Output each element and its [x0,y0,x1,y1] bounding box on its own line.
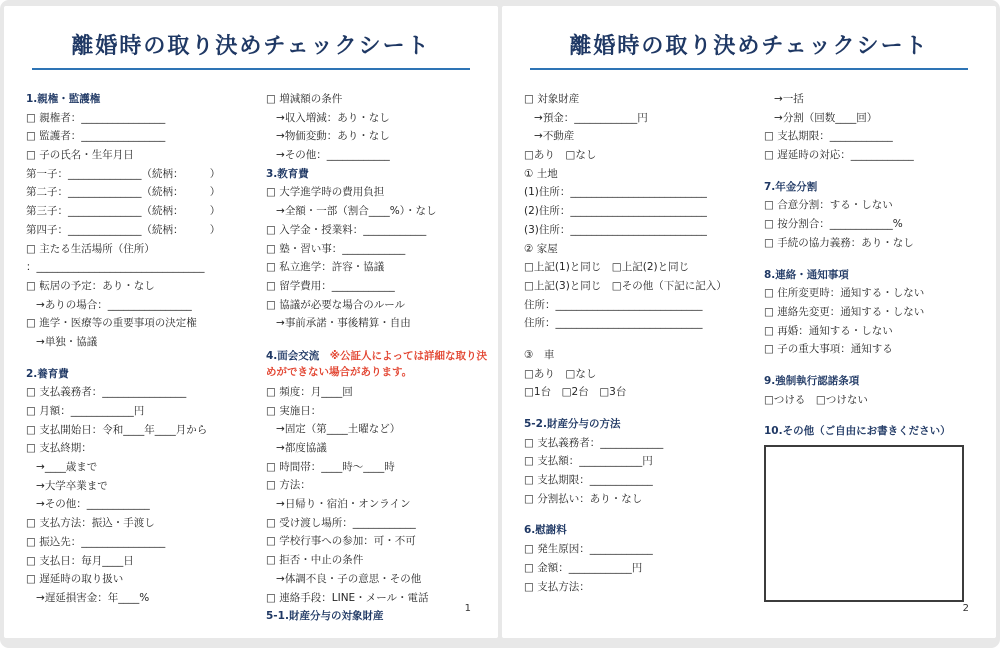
checklist-item: □ 子の重大事項：通知する [764,340,992,359]
sub-option: →固定（第____土曜など） [266,420,494,439]
checklist-item: 第三子：______________（続柄： ） [26,202,266,221]
free-text-box [764,445,964,602]
section-heading: 8.連絡・通知事項 [764,266,992,285]
checkbox-icon: □ [764,306,774,318]
spacer [764,253,992,266]
sub-option: →全額・一部（割合____%）・なし [266,202,494,221]
page-number-1: 1 [465,603,471,614]
sub-option: →遅延損害金：年____% [26,589,266,608]
checkbox-icon: □ [26,280,36,292]
sub-option: →体調不良・子の意思・その他 [266,570,494,589]
arrow-icon: → [774,112,783,124]
checklist-item: □ 連絡手段：LINE・メール・電話 [266,589,494,608]
checkbox-icon: □ [524,493,534,505]
arrow-icon: → [276,149,285,161]
checkbox-icon: □ [26,555,36,567]
checklist-item: □ 分割払い：あり・なし [524,490,764,509]
checkbox-icon: □ [764,199,774,211]
checkbox-icon: □ [266,243,276,255]
checklist-item: □ 支払方法： [524,578,764,597]
checklist-item: □ 支払義務者：________________ [26,383,266,402]
checklist-item: □ 金額：____________円 [524,559,764,578]
checklist-item: □上記(1)と同じ □上記(2)と同じ [524,258,764,277]
checklist-item: □ 監護者：________________ [26,127,266,146]
checklist-item: □ 連絡先変更：通知する・しない [764,303,992,322]
arrow-icon: → [276,498,285,510]
sub-option: →単独・協議 [26,333,266,352]
sub-option: →事前承諾・事後精算・自由 [266,314,494,333]
spacer [524,333,764,346]
sub-option: →その他：____________ [26,495,266,514]
page1-right-column: □ 増減額の条件→収入増減：あり・なし→物価変動：あり・なし→その他：_____… [266,90,494,626]
checklist-item: □ 住所変更時：通知する・しない [764,284,992,303]
checklist-item: □ 子の氏名・生年月日 [26,146,266,165]
checklist-item: □あり □なし [524,365,764,384]
checkbox-icon: □ [764,394,774,406]
checklist-item: □ 学校行事への参加：可・不可 [266,532,494,551]
arrow-icon: → [276,442,285,454]
checklist-item: □ 受け渡し場所：____________ [266,514,494,533]
checklist-item: □ 支払方法：振込・手渡し [26,514,266,533]
page-1: 離婚時の取り決めチェックシート 1.親権・監護権□ 親権者：__________… [4,6,498,638]
checklist-item: (3)住所：__________________________ [524,221,764,240]
checkbox-icon: □ [764,287,774,299]
checkbox-icon: □ [816,394,826,406]
section-heading: 7.年金分割 [764,178,992,197]
checkbox-icon: □ [26,130,36,142]
checkbox-icon: □ [764,237,774,249]
checkbox-icon: □ [565,368,575,380]
checklist-item: □あり □なし [524,146,764,165]
checkbox-icon: □ [266,186,276,198]
checkbox-icon: □ [524,437,534,449]
spacer [524,402,764,415]
sub-option: →分割（回数____回） [764,109,992,128]
checkbox-icon: □ [266,224,276,236]
checklist-item: □ 月額：____________円 [26,402,266,421]
checklist-item: □ 時間帯：____時～____時 [266,458,494,477]
checkbox-icon: □ [266,554,276,566]
checklist-item: 第一子：______________（続柄： ） [26,165,266,184]
checklist-item: □ 按分割合：____________% [764,215,992,234]
checkbox-icon: □ [266,280,276,292]
checkbox-icon: □ [26,149,36,161]
checklist-item: □ 遅延時の対応：____________ [764,146,992,165]
page1-left-column: 1.親権・監護権□ 親権者：________________□ 監護者：____… [26,90,266,626]
checklist-item: □ 親権者：________________ [26,109,266,128]
checklist-item: 第四子：______________（続柄： ） [26,221,266,240]
sub-option: →不動産 [524,127,764,146]
checklist-item: □ 振込先：________________ [26,533,266,552]
checklist-item: □ 支払期限：____________ [524,471,764,490]
checkbox-icon: □ [266,461,276,473]
document-viewer: 離婚時の取り決めチェックシート 1.親権・監護権□ 親権者：__________… [0,0,1000,648]
checklist-item: □ 再婚：通知する・しない [764,322,992,341]
arrow-icon: → [534,130,543,142]
checkbox-icon: □ [26,517,36,529]
checklist-item: □つける □つけない [764,391,992,410]
checkbox-icon: □ [266,93,276,105]
checkbox-icon: □ [26,573,36,585]
checkbox-icon: □ [26,442,36,454]
checkbox-icon: □ [524,93,534,105]
checklist-item: □ 主たる生活場所（住所） [26,240,266,259]
arrow-icon: → [36,480,45,492]
checkbox-icon: □ [26,317,36,329]
checklist-item: □ 支払終期： [26,439,266,458]
checkbox-icon: □ [524,386,534,398]
section-heading: 5-1.財産分与の対象財産 [266,607,494,626]
checklist-item: ③ 車 [524,346,764,365]
arrow-icon: → [774,93,783,105]
checklist-item: □ 発生原因：____________ [524,540,764,559]
page-title: 離婚時の取り決めチェックシート [4,29,498,60]
checklist-item: □ 支払開始日：令和____年____月から [26,421,266,440]
checkbox-icon: □ [266,299,276,311]
checklist-item: □ 支払額：____________円 [524,452,764,471]
sub-option: →その他：____________ [266,146,494,165]
checkbox-icon: □ [266,386,276,398]
section-heading: 6.慰謝料 [524,521,764,540]
arrow-icon: → [276,423,285,435]
checkbox-icon: □ [524,543,534,555]
page-title: 離婚時の取り決めチェックシート [502,29,996,60]
sub-option: →預金：____________円 [524,109,764,128]
checklist-item: □ 進学・医療等の重要事項の決定権 [26,314,266,333]
checkbox-icon: □ [524,280,534,292]
spacer [764,165,992,178]
checklist-item: □1台 □2台 □3台 [524,383,764,402]
checklist-item: ② 家屋 [524,240,764,259]
checklist-item: □ 方法： [266,476,494,495]
checkbox-icon: □ [26,405,36,417]
page1-columns: 1.親権・監護権□ 親権者：________________□ 監護者：____… [26,90,492,626]
spacer [524,508,764,521]
checkbox-icon: □ [266,479,276,491]
sub-option: →大学卒業まで [26,477,266,496]
checkbox-icon: □ [26,112,36,124]
title-divider [530,68,968,70]
checkbox-icon: □ [764,343,774,355]
checkbox-icon: □ [266,535,276,547]
sub-option: →日帰り・宿泊・オンライン [266,495,494,514]
checkbox-icon: □ [764,130,774,142]
title-divider [32,68,470,70]
section-heading: 3.教育費 [266,165,494,184]
checkbox-icon: □ [524,581,534,593]
arrow-icon: → [276,573,285,585]
checkbox-icon: □ [26,243,36,255]
checklist-item: □ 支払期限：____________ [764,127,992,146]
checklist-item: □ 手続の協力義務：あり・なし [764,234,992,253]
sub-option: →物価変動：あり・なし [266,127,494,146]
arrow-icon: → [276,205,285,217]
spacer [764,359,992,372]
section-heading: 2.養育費 [26,365,266,384]
section-heading: 5-2.財産分与の方法 [524,415,764,434]
checklist-item: □ 支払日：毎月____日 [26,552,266,571]
checklist-item: □ 大学進学時の費用負担 [266,183,494,202]
checkbox-icon: □ [524,474,534,486]
page-2: 離婚時の取り決めチェックシート □ 対象財産→預金：____________円→… [502,6,996,638]
sub-option: →収入増減：あり・なし [266,109,494,128]
checkbox-icon: □ [26,424,36,436]
checklist-item: □ 転居の予定：あり・なし [26,277,266,296]
section-heading: 1.親権・監護権 [26,90,266,109]
checkbox-icon: □ [266,405,276,417]
arrow-icon: → [36,336,45,348]
page2-right-column: →一括→分割（回数____回）□ 支払期限：____________□ 遅延時の… [764,90,992,602]
arrow-icon: → [276,130,285,142]
checkbox-icon: □ [26,386,36,398]
spacer [764,409,992,422]
checkbox-icon: □ [764,218,774,230]
checkbox-icon: □ [524,149,534,161]
checkbox-icon: □ [266,592,276,604]
arrow-icon: → [36,461,45,473]
checkbox-icon: □ [764,325,774,337]
section-heading: 10.その他（ご自由にお書きください） [764,422,992,441]
sub-option: →____歳まで [26,458,266,477]
spacer [266,333,494,346]
checkbox-icon: □ [565,149,575,161]
checklist-item: 住所：____________________________ [524,314,764,333]
section-heading: 9.強制執行認諾条項 [764,372,992,391]
page2-left-column: □ 対象財産→預金：____________円→不動産□あり □なし① 土地(1… [524,90,764,602]
arrow-icon: → [534,112,543,124]
sub-option: →都度協議 [266,439,494,458]
checklist-item: □ 頻度：月____回 [266,383,494,402]
checkbox-icon: □ [599,386,609,398]
checklist-item: □ 協議が必要な場合のルール [266,296,494,315]
page-number-2: 2 [963,603,969,614]
checkbox-icon: □ [524,562,534,574]
checklist-item: (2)住所：__________________________ [524,202,764,221]
section-heading-with-note: 4.面会交流 ※公証人によっては詳細な取り決めができない場合があります。 [266,346,494,383]
checklist-item: □ 増減額の条件 [266,90,494,109]
checklist-item: □ 実施日： [266,402,494,421]
checkbox-icon: □ [524,455,534,467]
checklist-item: □ 対象財産 [524,90,764,109]
checkbox-icon: □ [612,280,622,292]
checkbox-icon: □ [266,517,276,529]
checkbox-icon: □ [524,368,534,380]
section-heading: 4.面会交流 [266,350,319,362]
checklist-item: □ 合意分割：する・しない [764,196,992,215]
checklist-item: □ 支払義務者：____________ [524,434,764,453]
checklist-item: □ 私立進学：許容・協議 [266,258,494,277]
spacer [26,352,266,365]
checkbox-icon: □ [524,261,534,273]
sub-option: →ありの場合：________________ [26,296,266,315]
checklist-item: □上記(3)と同じ □その他（下記に記入） [524,277,764,296]
checklist-item: 第二子：______________（続柄： ） [26,183,266,202]
arrow-icon: → [36,592,45,604]
checklist-item: □ 塾・習い事：____________ [266,240,494,259]
checklist-item: ：________________________________ [26,258,266,277]
checklist-item: (1)住所：__________________________ [524,183,764,202]
arrow-icon: → [276,317,285,329]
checklist-item: ① 土地 [524,165,764,184]
sub-option: →一括 [764,90,992,109]
checkbox-icon: □ [26,536,36,548]
checklist-item: □ 留学費用：____________ [266,277,494,296]
checklist-item: □ 拒否・中止の条件 [266,551,494,570]
checklist-item: □ 遅延時の取り扱い [26,570,266,589]
checklist-item: 住所：____________________________ [524,296,764,315]
arrow-icon: → [36,299,45,311]
checkbox-icon: □ [764,149,774,161]
checklist-item: □ 入学金・授業料：____________ [266,221,494,240]
checkbox-icon: □ [266,261,276,273]
arrow-icon: → [36,498,45,510]
page2-columns: □ 対象財産→預金：____________円→不動産□あり □なし① 土地(1… [524,90,990,602]
arrow-icon: → [276,112,285,124]
checkbox-icon: □ [612,261,622,273]
checkbox-icon: □ [562,386,572,398]
